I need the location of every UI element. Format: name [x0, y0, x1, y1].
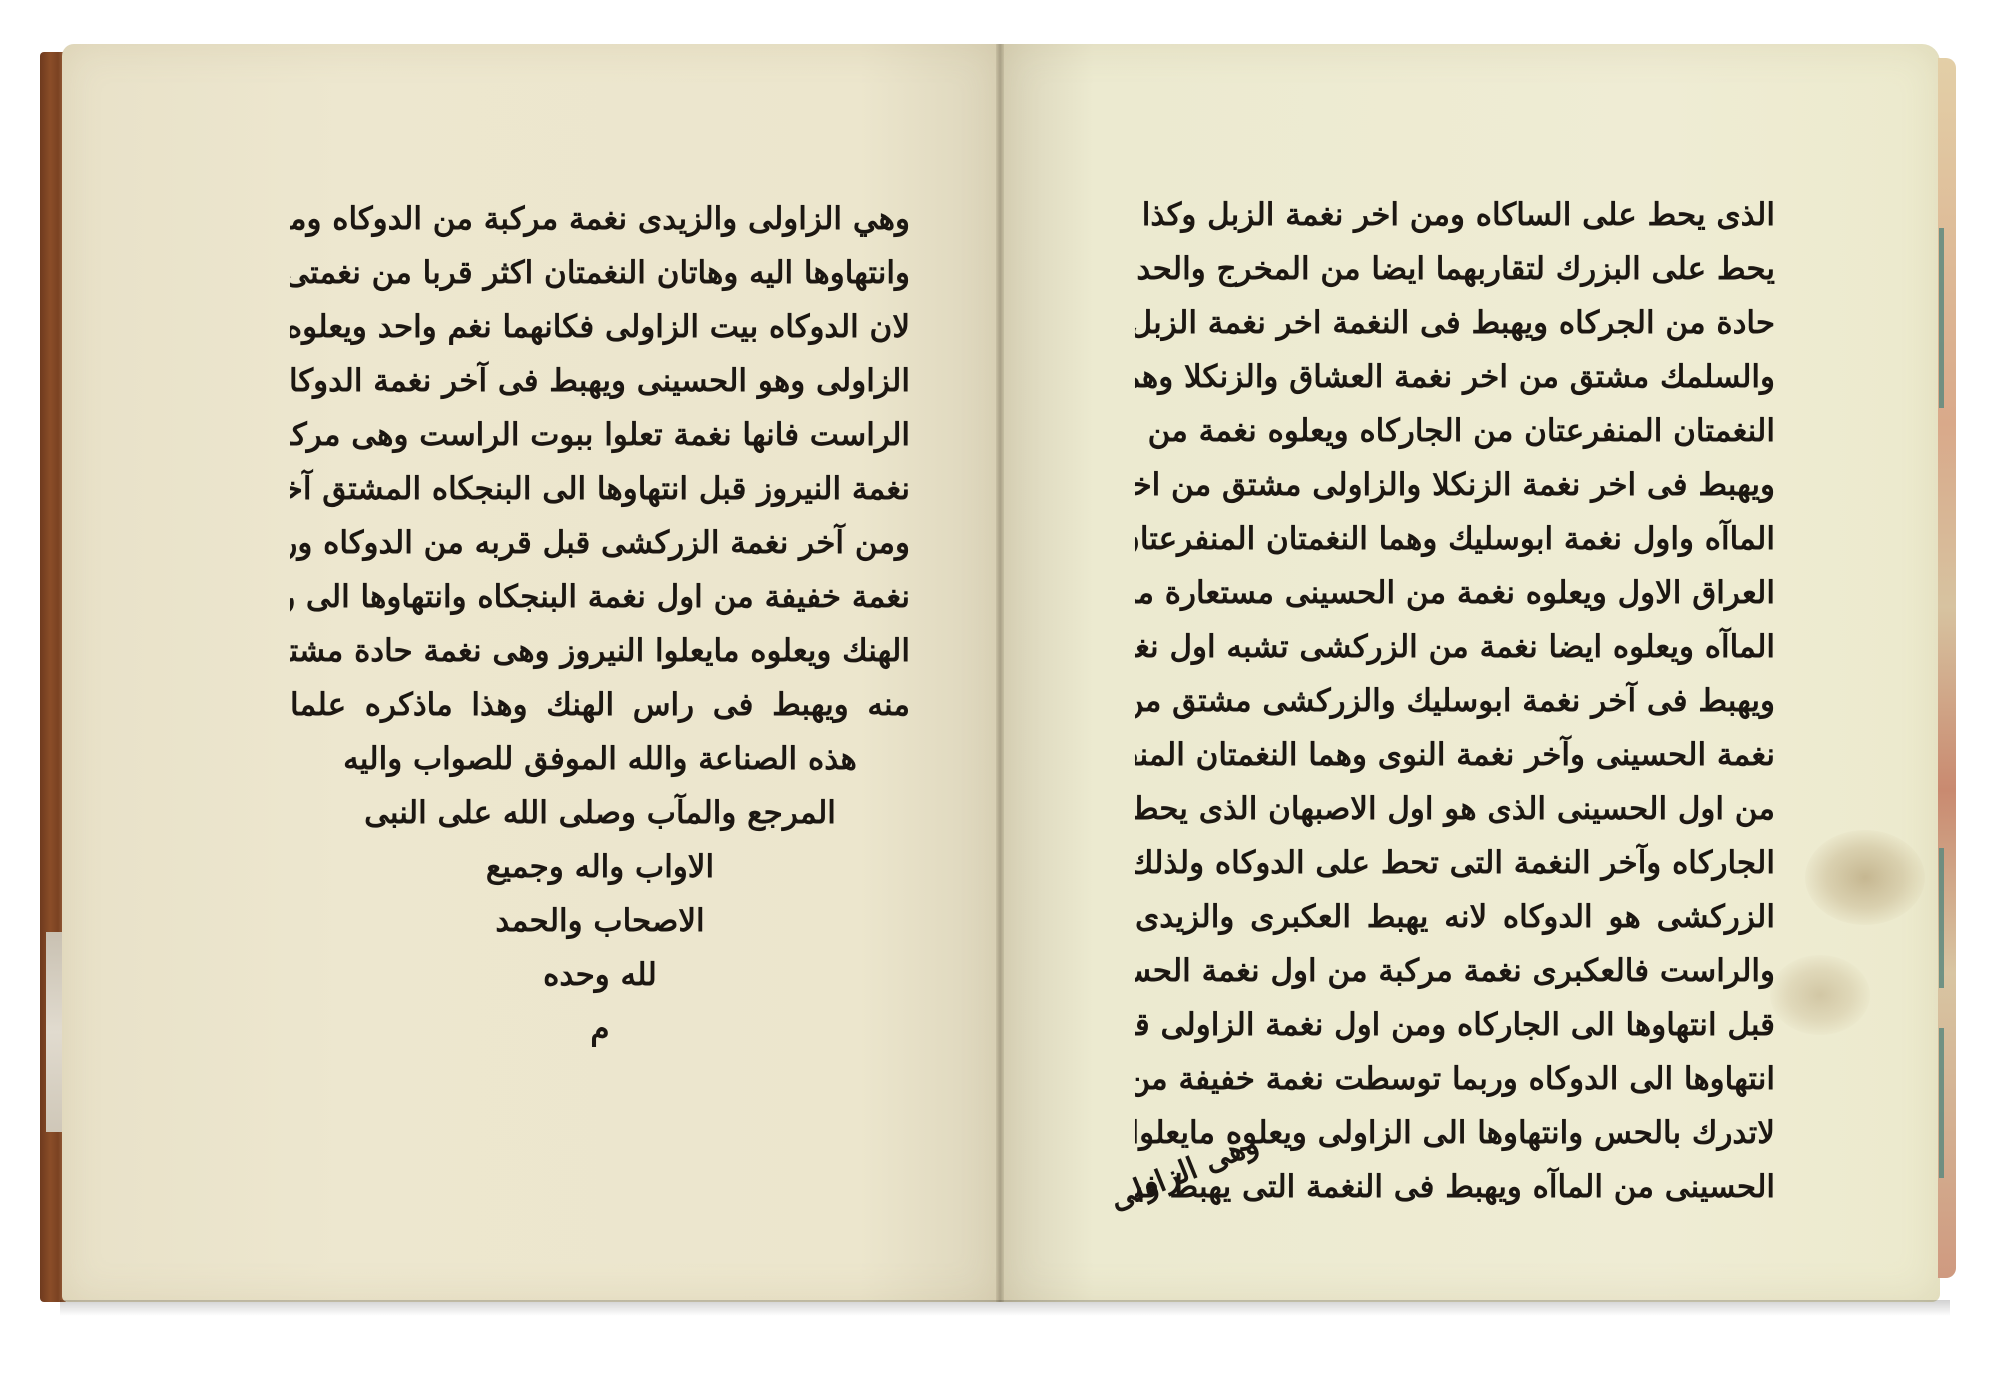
green-edge-band — [1939, 1028, 1944, 1178]
text-line: نغمة خفيفة من اول نغمة البنجكاه وانتهاوه… — [290, 570, 910, 624]
text-line: والسلمك مشتق من اخر نغمة العشاق والزنكلا… — [1135, 350, 1775, 404]
colophon-line: هذه الصناعة والله الموفق للصواب واليه — [290, 732, 910, 786]
book-shadow — [60, 1300, 1950, 1316]
text-line: من اول الحسينى الذى هو اول الاصبهان الذى… — [1135, 782, 1775, 836]
left-page-text: وهي الزاولى والزيدى نغمة مركبة من الدوكا… — [290, 192, 910, 1056]
text-line: لان الدوكاه بيت الزاولى فكانهما نغم واحد… — [290, 300, 910, 354]
text-line: الزركشى هو الدوكاه لانه يهبط العكبرى وال… — [1135, 890, 1775, 944]
text-line: ويهبط فى آخر نغمة ابوسليك والزركشى مشتق … — [1135, 674, 1775, 728]
text-line: النغمتان المنفرعتان من الجاركاه ويعلوه ن… — [1135, 404, 1775, 458]
text-line: نغمة الحسينى وآخر نغمة النوى وهما النغمت… — [1135, 728, 1775, 782]
text-line: وانتهاوها اليه وهاتان النغمتان اكثر قربا… — [290, 246, 910, 300]
text-line: نغمة النيروز قبل انتهاوها الى البنجكاه ا… — [290, 462, 910, 516]
text-line: قبل انتهاوها الى الجاركاه ومن اول نغمة ا… — [1135, 998, 1775, 1052]
colophon-line: الاصحاب والحمد — [290, 894, 910, 948]
text-line: الماآه ويعلوه ايضا نغمة من الزركشى تشبه … — [1135, 620, 1775, 674]
text-line: الجاركاه وآخر النغمة التى تحط على الدوكا… — [1135, 836, 1775, 890]
text-line: انتهاوها الى الدوكاه وربما توسطت نغمة خف… — [1135, 1052, 1775, 1106]
open-manuscript: وهي الزاولى والزيدى نغمة مركبة من الدوكا… — [0, 0, 2000, 1375]
colophon-line: م — [290, 1002, 910, 1056]
text-line: والراست فالعكبرى نغمة مركبة من اول نغمة … — [1135, 944, 1775, 998]
text-line: العراق الاول ويعلوه نغمة من الحسينى مستع… — [1135, 566, 1775, 620]
page-edge-decorated — [1938, 58, 1956, 1278]
text-line: وهي الزاولى والزيدى نغمة مركبة من الدوكا… — [290, 192, 910, 246]
text-line: ويهبط فى اخر نغمة الزنكلا والزاولى مشتق … — [1135, 458, 1775, 512]
green-edge-band — [1939, 848, 1944, 988]
text-line: الهنك ويعلوه مايعلوا النيروز وهى نغمة حا… — [290, 624, 910, 678]
foxing-stain — [1805, 830, 1925, 925]
text-line: الراست فانها نغمة تعلوا ببوت الراست وهى … — [290, 408, 910, 462]
green-edge-band — [1939, 228, 1944, 408]
text-line: الزاولى وهو الحسينى ويهبط فى آخر نغمة ال… — [290, 354, 910, 408]
colophon-line: المرجع والمآب وصلى الله على النبى — [290, 786, 910, 840]
text-line: منه ويهبط فى راس الهنك وهذا ماذكره علما — [290, 678, 910, 732]
book-gutter — [996, 44, 1004, 1302]
text-line: ومن آخر نغمة الزركشى قبل قربه من الدوكاه… — [290, 516, 910, 570]
right-page-text: الذى يحط على الساكاه ومن اخر نغمة الزبل … — [1135, 188, 1775, 1214]
text-line: الذى يحط على الساكاه ومن اخر نغمة الزبل … — [1135, 188, 1775, 242]
text-line: الماآه واول نغمة ابوسليك وهما النغمتان ا… — [1135, 512, 1775, 566]
colophon-line: الاواب واله وجميع — [290, 840, 910, 894]
foxing-stain — [1770, 955, 1870, 1035]
colophon-line: لله وحده — [290, 948, 910, 1002]
text-line: يحط على البزرك لتقاربهما ايضا من المخرج … — [1135, 242, 1775, 296]
text-line: حادة من الجركاه ويهبط فى النغمة اخر نغمة… — [1135, 296, 1775, 350]
